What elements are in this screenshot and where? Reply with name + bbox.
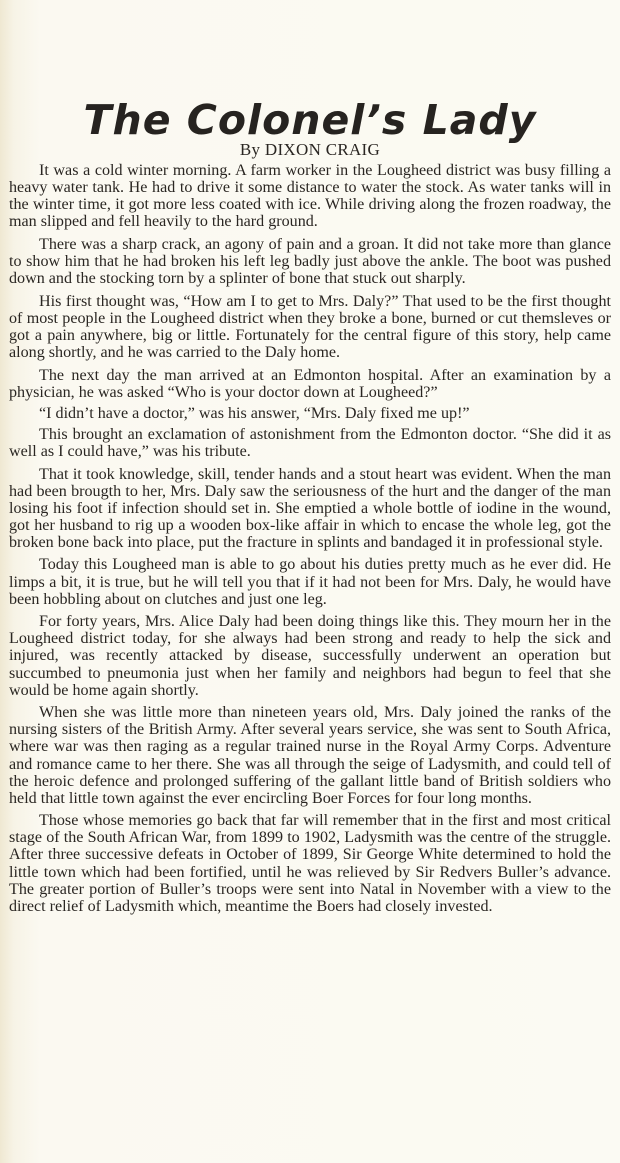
paragraph: It was a cold winter morning. A farm wor… <box>9 162 611 230</box>
paragraph: His first thought was, “How am I to get … <box>9 293 611 361</box>
paragraph: Today this Lougheed man is able to go ab… <box>9 556 611 607</box>
paragraph: This brought an exclamation of astonishm… <box>9 426 611 460</box>
document-page: The Colonel’s Lady By DIXON CRAIG It was… <box>0 0 620 1163</box>
paragraph: There was a sharp crack, an agony of pai… <box>9 236 611 287</box>
article-body: It was a cold winter morning. A farm wor… <box>9 162 611 920</box>
paragraph: For forty years, Mrs. Alice Daly had bee… <box>9 613 611 698</box>
paragraph: Those whose memories go back that far wi… <box>9 812 611 915</box>
article-byline: By DIXON CRAIG <box>0 140 620 160</box>
paragraph: “I didn’t have a doctor,” was his answer… <box>9 405 611 422</box>
paragraph: The next day the man arrived at an Edmon… <box>9 367 611 401</box>
article-title: The Colonel’s Lady <box>0 96 620 144</box>
paragraph: When she was little more than nineteen y… <box>9 704 611 807</box>
paragraph: That it took knowledge, skill, tender ha… <box>9 466 611 551</box>
